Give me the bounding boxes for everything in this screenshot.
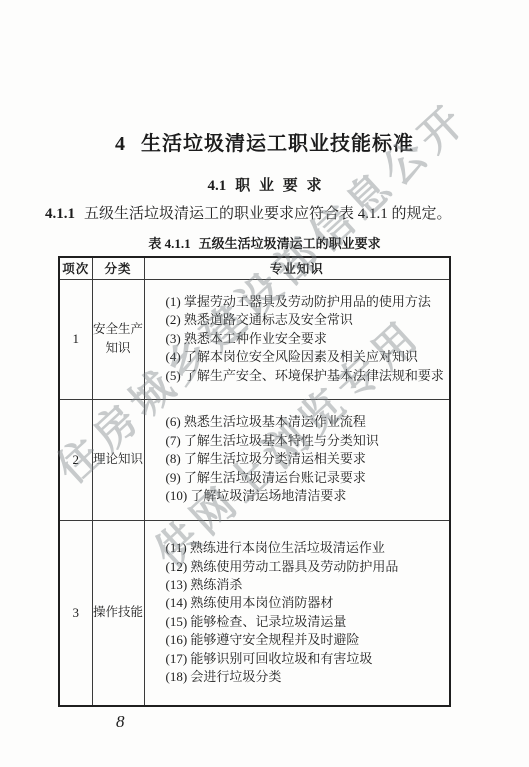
knowledge-item: (11) 熟练进行本岗位生活垃圾清运作业 [145,539,450,557]
header-category: 分类 [92,257,144,279]
document-page: 4生活垃圾清运工职业技能标准 4.1职 业 要 求 4.1.1五级生活垃圾清运工… [0,0,529,767]
knowledge-item: (6) 熟悉生活垃圾基本清运作业流程 [145,413,450,431]
requirements-table: 项次 分类 专业知识 1 安全生产 知识 (1) 掌握劳动工器具及劳动防护用品的… [58,256,451,707]
knowledge-item: (7) 了解生活垃圾基本特性与分类知识 [145,432,450,450]
knowledge-item: (18) 会进行垃圾分类 [145,668,450,686]
clause-number: 4.1.1 [45,206,75,222]
row-category: 安全生产 知识 [92,279,144,399]
row-index: 3 [59,520,92,706]
knowledge-item: (5) 了解生产安全、环境保护基本法律法规和要求 [145,367,450,385]
knowledge-item: (4) 了解本岗位安全风险因素及相关应对知识 [145,348,450,366]
chapter-title: 生活垃圾清运工职业技能标准 [141,133,414,155]
knowledge-item: (12) 熟练使用劳动工器具及劳动防护用品 [145,558,450,576]
row-index: 2 [59,399,92,520]
page-number: 8 [116,712,125,732]
table-header-row: 项次 分类 专业知识 [59,257,450,279]
clause-paragraph: 4.1.1五级生活垃圾清运工的职业要求应符合表 4.1.1 的规定。 [45,205,490,224]
section-heading: 4.1职 业 要 求 [0,174,529,195]
table-caption-label: 表 4.1.1 [148,236,190,251]
knowledge-item: (9) 了解生活垃圾清运台账记录要求 [145,469,450,487]
clause-text: 五级生活垃圾清运工的职业要求应符合表 4.1.1 的规定。 [84,206,452,222]
knowledge-item: (1) 掌握劳动工器具及劳动防护用品的使用方法 [145,293,450,311]
chapter-heading: 4生活垃圾清运工职业技能标准 [0,127,529,156]
knowledge-item: (3) 熟悉本工种作业安全要求 [145,330,450,348]
section-title: 职 业 要 求 [235,178,321,194]
knowledge-item: (8) 了解生活垃圾分类清运相关要求 [145,450,450,468]
knowledge-item: (15) 能够检查、记录垃圾清运量 [145,613,450,631]
knowledge-item: (13) 熟练消杀 [145,576,450,594]
knowledge-item: (2) 熟悉道路交通标志及安全常识 [145,311,450,329]
row-index: 1 [59,279,92,399]
table-row: 1 安全生产 知识 (1) 掌握劳动工器具及劳动防护用品的使用方法 (2) 熟悉… [59,279,450,399]
knowledge-item: (14) 熟练使用本岗位消防器材 [145,594,450,612]
knowledge-item: (10) 了解垃圾清运场地清洁要求 [145,487,450,505]
row-items-cell: (1) 掌握劳动工器具及劳动防护用品的使用方法 (2) 熟悉道路交通标志及安全常… [144,279,450,399]
row-category: 理论知识 [92,399,144,520]
row-items-cell: (6) 熟悉生活垃圾基本清运作业流程 (7) 了解生活垃圾基本特性与分类知识 (… [144,399,450,520]
knowledge-item: (17) 能够识别可回收垃圾和有害垃圾 [145,650,450,668]
table-caption-title: 五级生活垃圾清运工的职业要求 [199,236,381,251]
row-items-cell: (11) 熟练进行本岗位生活垃圾清运作业 (12) 熟练使用劳动工器具及劳动防护… [144,520,450,706]
knowledge-item: (16) 能够遵守安全规程并及时避险 [145,631,450,649]
table-row: 3 操作技能 (11) 熟练进行本岗位生活垃圾清运作业 (12) 熟练使用劳动工… [59,520,450,706]
section-number: 4.1 [207,178,226,194]
chapter-number: 4 [115,133,126,155]
row-category: 操作技能 [92,520,144,706]
header-knowledge: 专业知识 [144,257,450,279]
table-row: 2 理论知识 (6) 熟悉生活垃圾基本清运作业流程 (7) 了解生活垃圾基本特性… [59,399,450,520]
table-caption: 表 4.1.1五级生活垃圾清运工的职业要求 [0,233,529,252]
header-item-no: 项次 [59,257,92,279]
